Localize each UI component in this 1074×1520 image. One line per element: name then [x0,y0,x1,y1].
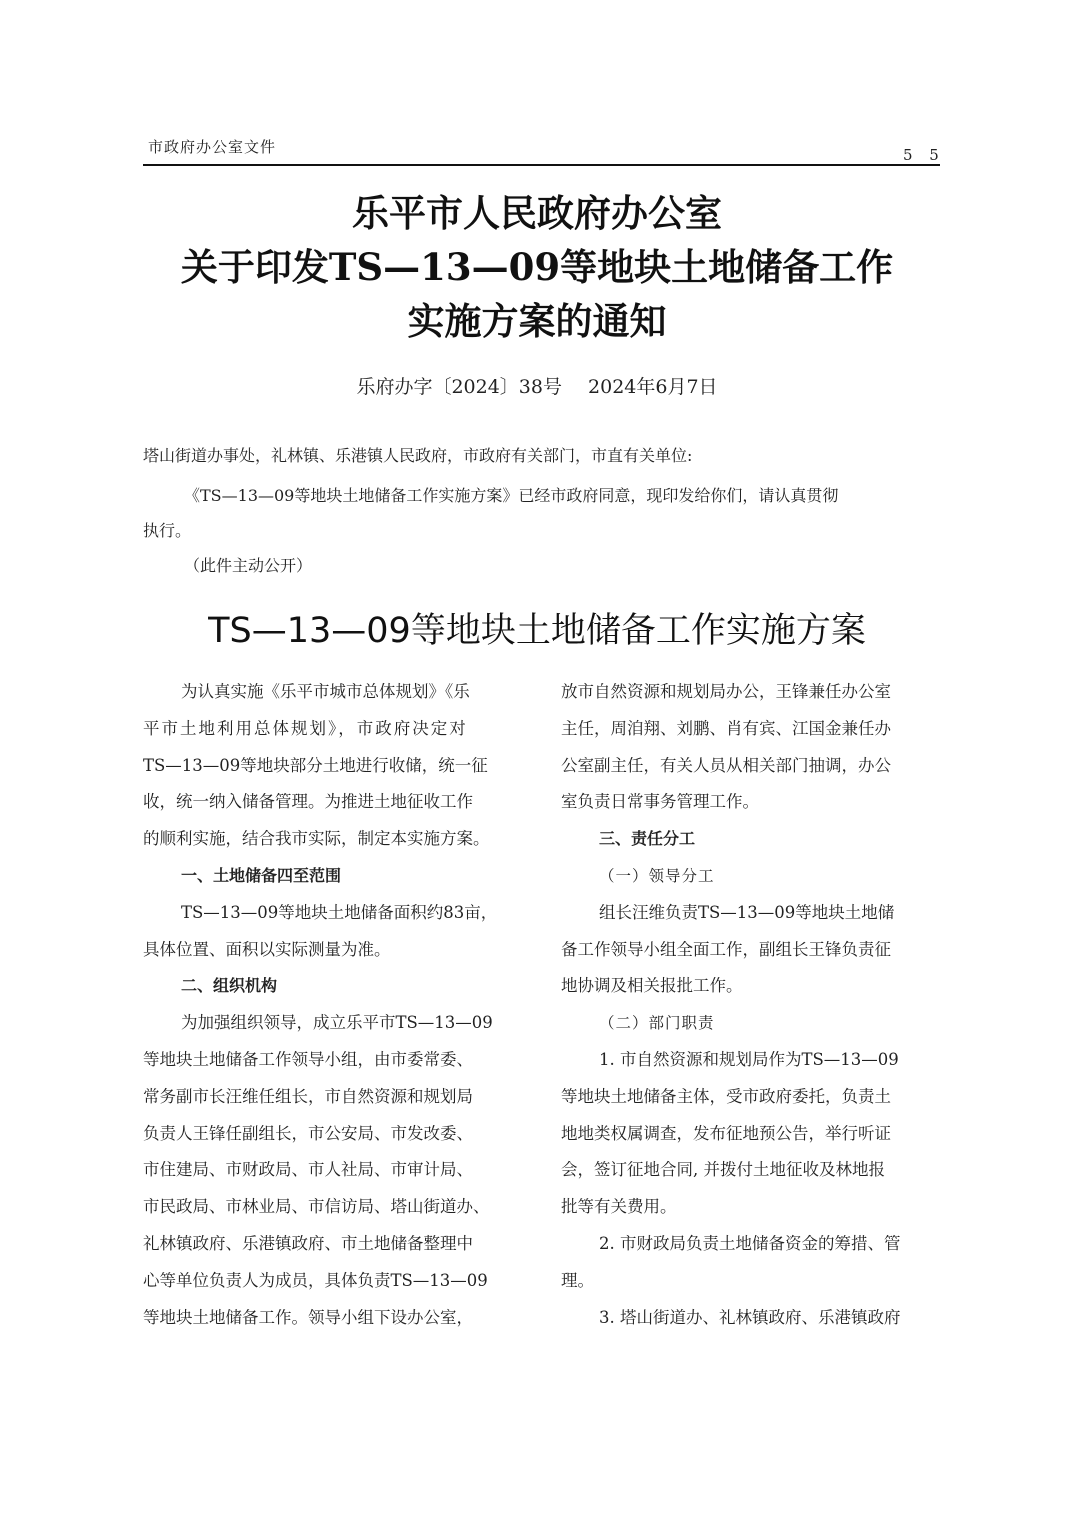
body-text-line-1: 《TS—13—09等地块土地储备工作实施方案》已经市政府同意，现印发给你们，请认… [184,483,838,506]
text-line: 礼林镇政府、乐港镇政府、市土地储备整理中 [143,1226,528,1263]
text-line: 的顺利实施，结合我市实际，制定本实施方案。 [143,821,528,858]
document-title: 乐平市人民政府办公室 关于印发TS—13—09等地块土地储备工作 实施方案的通知 [0,186,1074,348]
right-column: 放市自然资源和规划局办公，王锋兼任办公室 主任，周洎翔、刘鹏、肖有宾、江国金兼任… [561,674,946,1336]
subsection-heading: （一）领导分工 [561,858,946,895]
text-line: 公室副主任，有关人员从相关部门抽调，办公 [561,748,946,785]
text-line: 市民政局、市林业局、市信访局、塔山街道办、 [143,1189,528,1226]
text-line: TS—13—09等地块部分土地进行收储，统一征 [143,748,528,785]
plan-title: TS—13—09等地块土地储备工作实施方案 [0,603,1074,653]
text-line: TS—13—09等地块土地储备面积约83亩， [143,895,528,932]
public-note: （此件主动公开） [184,553,312,576]
text-line: 等地块土地储备工作。领导小组下设办公室， [143,1300,528,1337]
text-line: 2. 市财政局负责土地储备资金的筹措、管 [561,1226,946,1263]
subsection-heading: （二）部门职责 [561,1005,946,1042]
running-header: 市政府办公室文件 [148,136,276,157]
section-heading: 二、组织机构 [143,968,528,1005]
text-line: 放市自然资源和规划局办公，王锋兼任办公室 [561,674,946,711]
text-line: 备工作领导小组全面工作，副组长王锋负责征 [561,932,946,969]
text-line: 负责人王锋任副组长，市公安局、市发改委、 [143,1116,528,1153]
document-number-line: 乐府办字〔2024〕38号 2024年6月7日 [0,372,1074,399]
section-heading: 三、责任分工 [561,821,946,858]
document-number: 乐府办字〔2024〕38号 [356,376,562,398]
title-line-3: 实施方案的通知 [0,294,1074,348]
section-heading: 一、土地储备四至范围 [143,858,528,895]
left-column: 为认真实施《乐平市城市总体规划》《乐 平市土地利用总体规划》，市政府决定对 TS… [143,674,528,1336]
body-text-line-2: 执行。 [143,518,191,541]
text-line: 心等单位负责人为成员，具体负责TS—13—09 [143,1263,528,1300]
header-rule [143,164,940,166]
issue-date: 2024年6月7日 [588,376,718,398]
text-line: 地地类权属调查，发布征地预公告，举行听证 [561,1116,946,1153]
page-number: 5 5 [903,146,945,164]
text-line: 常务副市长汪维任组长，市自然资源和规划局 [143,1079,528,1116]
text-line: 市住建局、市财政局、市人社局、市审计局、 [143,1152,528,1189]
text-line: 3. 塔山街道办、礼林镇政府、乐港镇政府 [561,1300,946,1337]
text-line: 组长汪维负责TS—13—09等地块土地储 [561,895,946,932]
text-line: 理。 [561,1263,946,1300]
text-line: 平市土地利用总体规划》，市政府决定对 [143,711,528,748]
text-line: 具体位置、面积以实际测量为准。 [143,932,528,969]
title-line-1: 乐平市人民政府办公室 [0,186,1074,240]
text-line: 等地块土地储备工作领导小组，由市委常委、 [143,1042,528,1079]
text-line: 为加强组织领导，成立乐平市TS—13—09 [143,1005,528,1042]
text-line: 主任，周洎翔、刘鹏、肖有宾、江国金兼任办 [561,711,946,748]
title-line-2: 关于印发TS—13—09等地块土地储备工作 [0,240,1074,294]
text-line: 收，统一纳入储备管理。为推进土地征收工作 [143,784,528,821]
text-line: 1. 市自然资源和规划局作为TS—13—09 [561,1042,946,1079]
text-line: 会，签订征地合同, 并拨付土地征收及林地报 [561,1152,946,1189]
text-line: 等地块土地储备主体，受市政府委托，负责土 [561,1079,946,1116]
text-line: 为认真实施《乐平市城市总体规划》《乐 [143,674,528,711]
recipients: 塔山街道办事处，礼林镇、乐港镇人民政府，市政府有关部门，市直有关单位: [143,443,692,466]
text-line: 地协调及相关报批工作。 [561,968,946,1005]
text-line: 批等有关费用。 [561,1189,946,1226]
text-line: 室负责日常事务管理工作。 [561,784,946,821]
